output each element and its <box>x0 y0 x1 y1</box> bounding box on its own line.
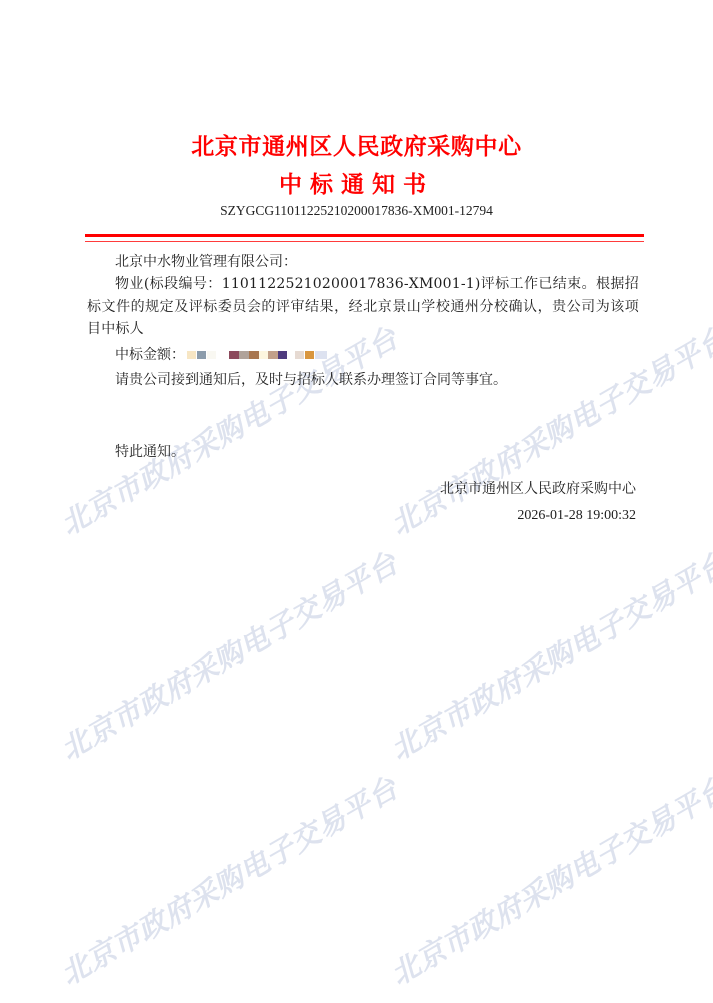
doc-title: 中标通知书 <box>0 166 713 199</box>
redaction-block <box>268 351 278 359</box>
redaction-block <box>239 351 249 359</box>
doc-number: SZYGCG110112252102000178З6-XM001-12794 <box>0 203 713 219</box>
redaction-block <box>207 351 216 359</box>
instruction: 请贵公司接到通知后，及时与招标人联系办理签订合同等事宜。 <box>115 369 507 391</box>
salutation: 北京中水物业管理有限公司： <box>115 251 297 273</box>
amount-value-redacted <box>187 347 327 363</box>
redaction-block <box>259 351 268 359</box>
redaction-block <box>229 351 239 359</box>
header-rule-thin <box>85 241 644 242</box>
award-amount-row: 中标金额： <box>115 344 327 366</box>
amount-label: 中标金额： <box>115 347 185 363</box>
issue-datetime: 2026-01-28 19:00:32 <box>517 505 636 527</box>
closing: 特此通知。 <box>115 441 185 463</box>
notice-page: 北京市政府采购电子交易平台 北京市政府采购电子交易平台 北京市政府采购电子交易平… <box>0 0 713 1003</box>
document-content: 北京市通州区人民政府采购中心 中标通知书 SZYGCG1101122521020… <box>0 0 713 1003</box>
redaction-block <box>305 351 314 359</box>
issuer: 北京市通州区人民政府采购中心 <box>440 478 636 500</box>
redaction-block <box>249 351 259 359</box>
award-paragraph: 物业(标段编号：1101122521020001783​6-XM001-1)评标… <box>87 273 639 341</box>
redaction-block <box>278 351 287 359</box>
redaction-block <box>295 351 304 359</box>
org-title: 北京市通州区人民政府采购中心 <box>0 128 713 161</box>
redaction-block <box>315 351 327 359</box>
redaction-block <box>197 351 206 359</box>
redaction-block <box>187 351 196 359</box>
header-rule-thick <box>85 234 644 237</box>
